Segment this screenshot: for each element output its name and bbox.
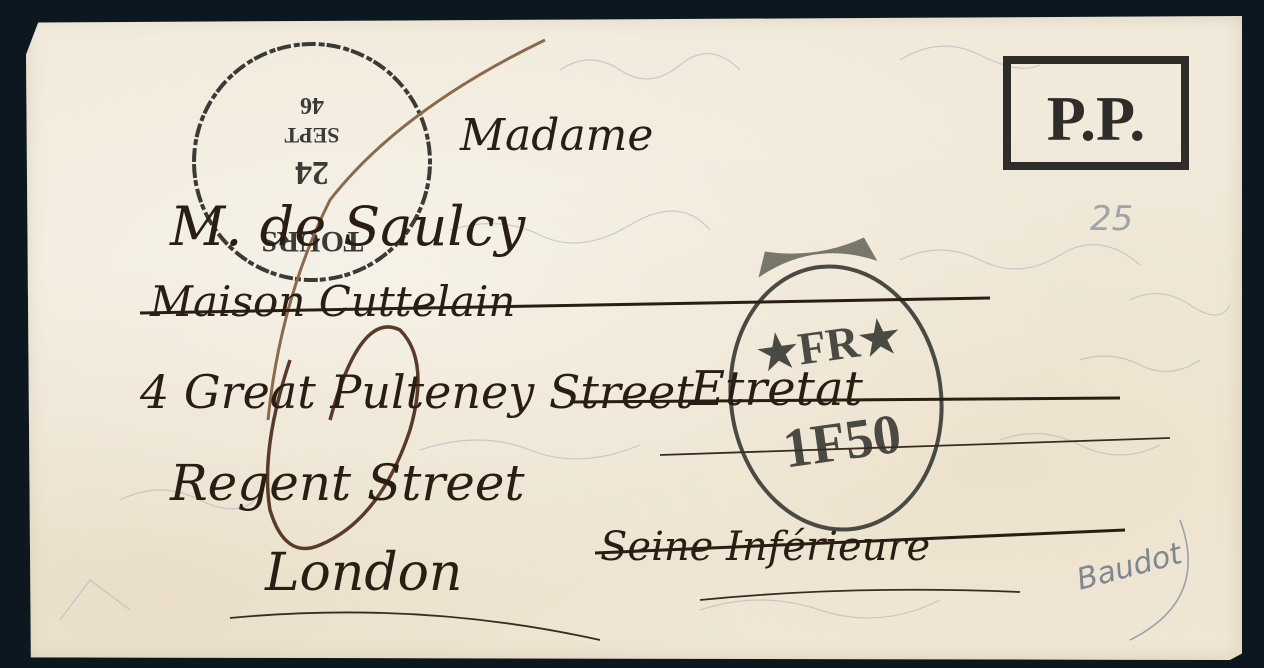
cds-day: 24 (295, 154, 329, 191)
pp-text: P.P. (1047, 83, 1145, 154)
address-line-5: Etretat (689, 361, 864, 417)
cds-year: 46 (300, 92, 324, 118)
address-line-4: 4 Great Pulteney Street (139, 365, 694, 419)
strike-lines (140, 298, 1125, 553)
address-line-2: M. de Saulcy (169, 195, 527, 258)
pencil-note-baudot: Baudot (1073, 536, 1187, 598)
address-line-6: Regent Street (169, 454, 525, 512)
address-line-7: London (264, 543, 462, 603)
cover-markings: TOURS 24 SEPT 46 P.P. ★FR★ 1F50 Madame M… (0, 0, 1264, 668)
manuscript-charge-6 (268, 327, 419, 549)
pencil-note-rate: 25 (1090, 199, 1133, 239)
cds-month: SEPT (284, 123, 339, 148)
address-line-3: Maison Cuttelain (149, 277, 515, 326)
pp-handstamp: P.P. (1007, 60, 1185, 166)
address-line-1: Madame (459, 110, 653, 161)
